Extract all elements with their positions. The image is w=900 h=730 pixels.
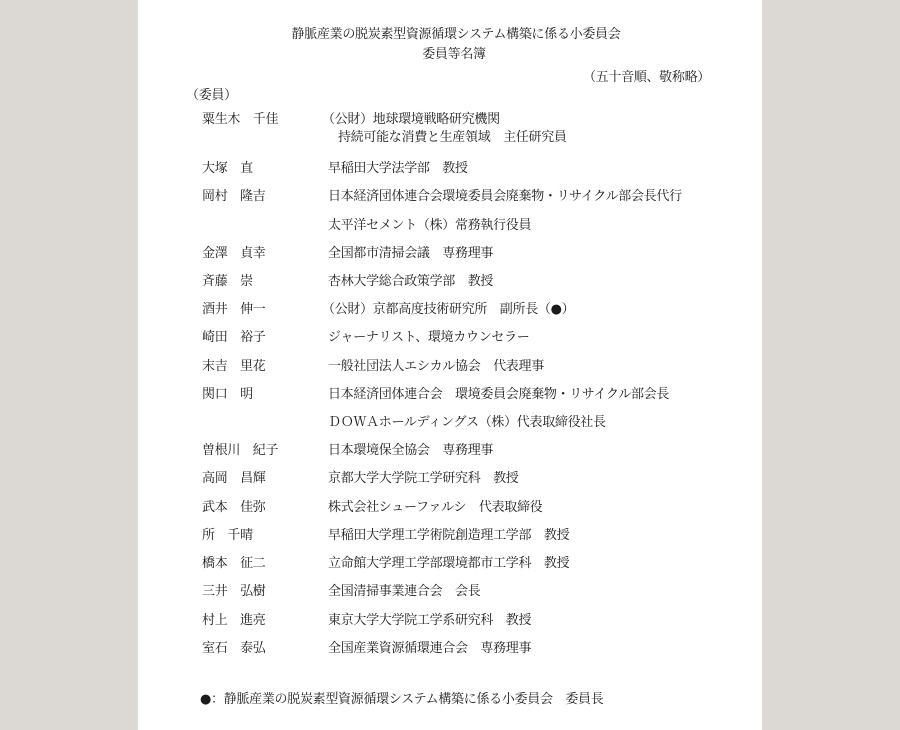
- member-affiliation: 杏林大学総合政策学部 教授: [328, 274, 493, 290]
- member-affiliation: 日本経済団体連合会 環境委員会廃棄物・リサイクル部会長: [328, 387, 669, 403]
- member-affiliation: 全国都市清掃会議 専務理事: [328, 246, 493, 262]
- member-affiliation: 早稲田大学理工学術院創造理工学部 教授: [328, 528, 569, 544]
- member-affiliation: （公財）地球環境戦略研究機関: [322, 112, 500, 128]
- member-name: 大塚 直: [202, 161, 253, 177]
- member-name: 室石 泰弘: [202, 641, 266, 657]
- section-label: （委員）: [186, 84, 237, 103]
- member-affiliation: 早稲田大学法学部 教授: [328, 161, 468, 177]
- member-name: 村上 進亮: [202, 613, 266, 629]
- chair-footnote: ●：静脈産業の脱炭素型資源循環システム構築に係る小委員会 委員長: [200, 688, 603, 707]
- document-title: 静脈産業の脱炭素型資源循環システム構築に係る小委員会: [144, 27, 768, 43]
- member-affiliation: 東京大学大学院工学系研究科 教授: [328, 613, 531, 629]
- member-name: 酒井 伸一: [202, 302, 266, 318]
- member-affiliation: 立命館大学理工学部環境都市工学科 教授: [328, 556, 569, 572]
- member-name: 崎田 裕子: [202, 330, 266, 346]
- member-affiliation: ＤＯＷＡホールディングス（株）代表取締役社長: [328, 415, 606, 431]
- member-name: 橋本 征二: [202, 556, 266, 572]
- member-name: 末吉 里花: [202, 359, 266, 375]
- member-name: 武本 佳弥: [202, 500, 266, 516]
- member-affiliation: 日本経済団体連合会環境委員会廃棄物・リサイクル部会長代行: [328, 189, 682, 205]
- member-affiliation: 一般社団法人エシカル協会 代表理事: [328, 359, 544, 375]
- member-affiliation: 株式会社シューファルシ 代表取締役: [328, 500, 542, 516]
- ordering-note: （五十音順、敬称略）: [583, 66, 710, 85]
- member-name: 曽根川 紀子: [202, 443, 278, 459]
- member-name: 金澤 貞幸: [202, 246, 266, 262]
- member-name: 高岡 昌輝: [202, 471, 266, 487]
- member-name: 粟生木 千佳: [202, 112, 278, 128]
- member-affiliation: 日本環境保全協会 専務理事: [328, 443, 493, 459]
- member-name: 三井 弘樹: [202, 584, 266, 600]
- member-affiliation: （公財）京都高度技術研究所 副所長（●）: [322, 302, 574, 318]
- member-name: 関口 明: [202, 387, 253, 403]
- document-subtitle: 委員等名簿: [142, 47, 766, 63]
- member-affiliation-line2: 持続可能な消費と生産領域 主任研究員: [338, 130, 567, 146]
- member-affiliation: 全国清掃事業連合会 会長: [328, 584, 480, 600]
- member-affiliation: ジャーナリスト、環境カウンセラー: [328, 330, 530, 346]
- member-name: 岡村 隆吉: [202, 189, 266, 205]
- member-name: 所 千晴: [202, 528, 253, 544]
- member-name: 斉藤 崇: [202, 274, 253, 290]
- member-affiliation: 太平洋セメント（株）常務執行役員: [328, 218, 531, 234]
- member-affiliation: 京都大学大学院工学研究科 教授: [328, 471, 519, 487]
- document-page: 静脈産業の脱炭素型資源循環システム構築に係る小委員会 委員等名簿 （五十音順、敬…: [138, 0, 762, 730]
- member-affiliation: 全国産業資源循環連合会 専務理事: [328, 641, 531, 657]
